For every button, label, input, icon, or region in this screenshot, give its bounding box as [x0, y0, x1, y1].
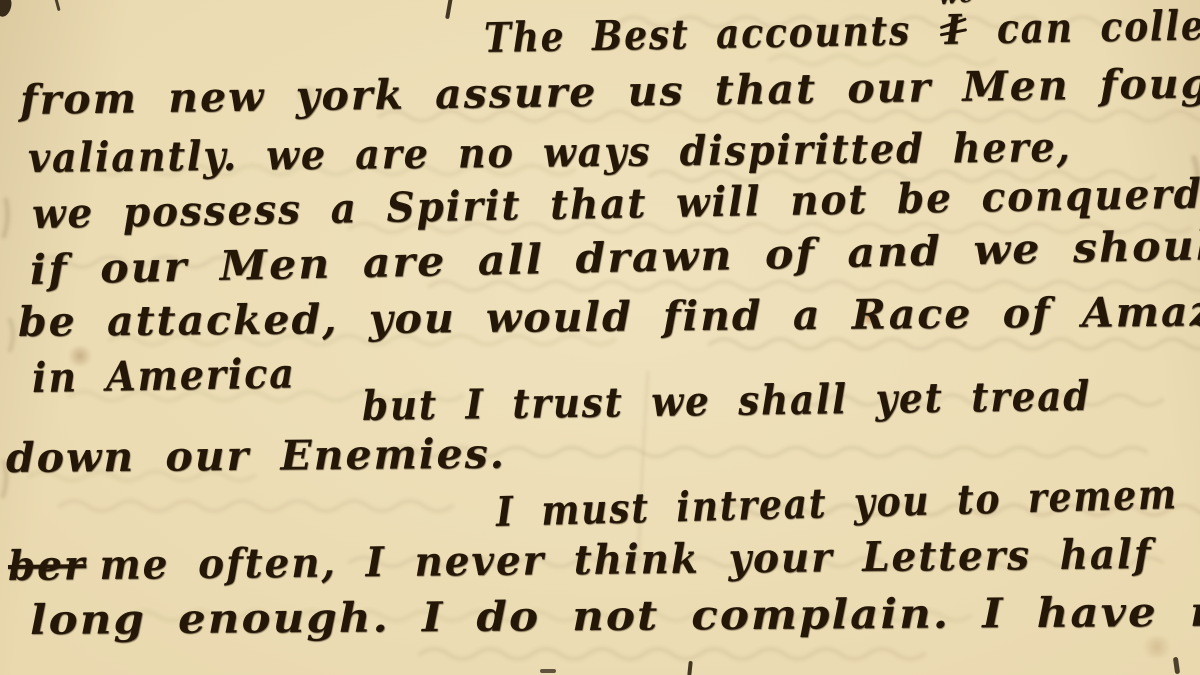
manuscript-line-8: but I trust we shall yet tread: [362, 374, 1092, 429]
edge-ink-fragment: [687, 661, 693, 675]
line1-text-pre: The Best accounts: [484, 7, 912, 62]
manuscript-line-12: long enough. I do not complain. I have n…: [30, 589, 1200, 643]
manuscript-line-6: be attacked, you would find a Race of Am…: [18, 289, 1200, 345]
line1-text-post: can collect: [996, 1, 1200, 53]
manuscript-line-10: I must intreat you to remem: [495, 472, 1178, 535]
edge-ink-fragment: [0, 0, 14, 19]
manuscript-line-11: berme often, I never think your Letters …: [8, 532, 1153, 589]
manuscript-line-7: in America: [32, 351, 297, 401]
manuscript-line-3: valiantly. we are no ways dispiritted he…: [28, 125, 1072, 181]
foxing-stain: [1140, 636, 1174, 658]
struck-word: ber: [8, 541, 87, 590]
line11-text: me often, I never think your Letters hal…: [99, 530, 1152, 589]
interlinear-correction: weI: [944, 8, 963, 53]
edge-ink-fragment: [1173, 657, 1180, 675]
edge-ink-fragment: [54, 0, 60, 11]
edge-ink-fragment: [540, 669, 556, 673]
manuscript-line-9: down our Enemies.: [6, 432, 506, 481]
manuscript-line-2: from new york assure us that our Men fou…: [20, 61, 1200, 123]
edge-ink-fragment: [445, 0, 453, 19]
manuscript-line-1: The Best accounts weI can collect: [484, 3, 1200, 61]
manuscript-page: The Best accounts weI can collect from n…: [0, 0, 1200, 675]
